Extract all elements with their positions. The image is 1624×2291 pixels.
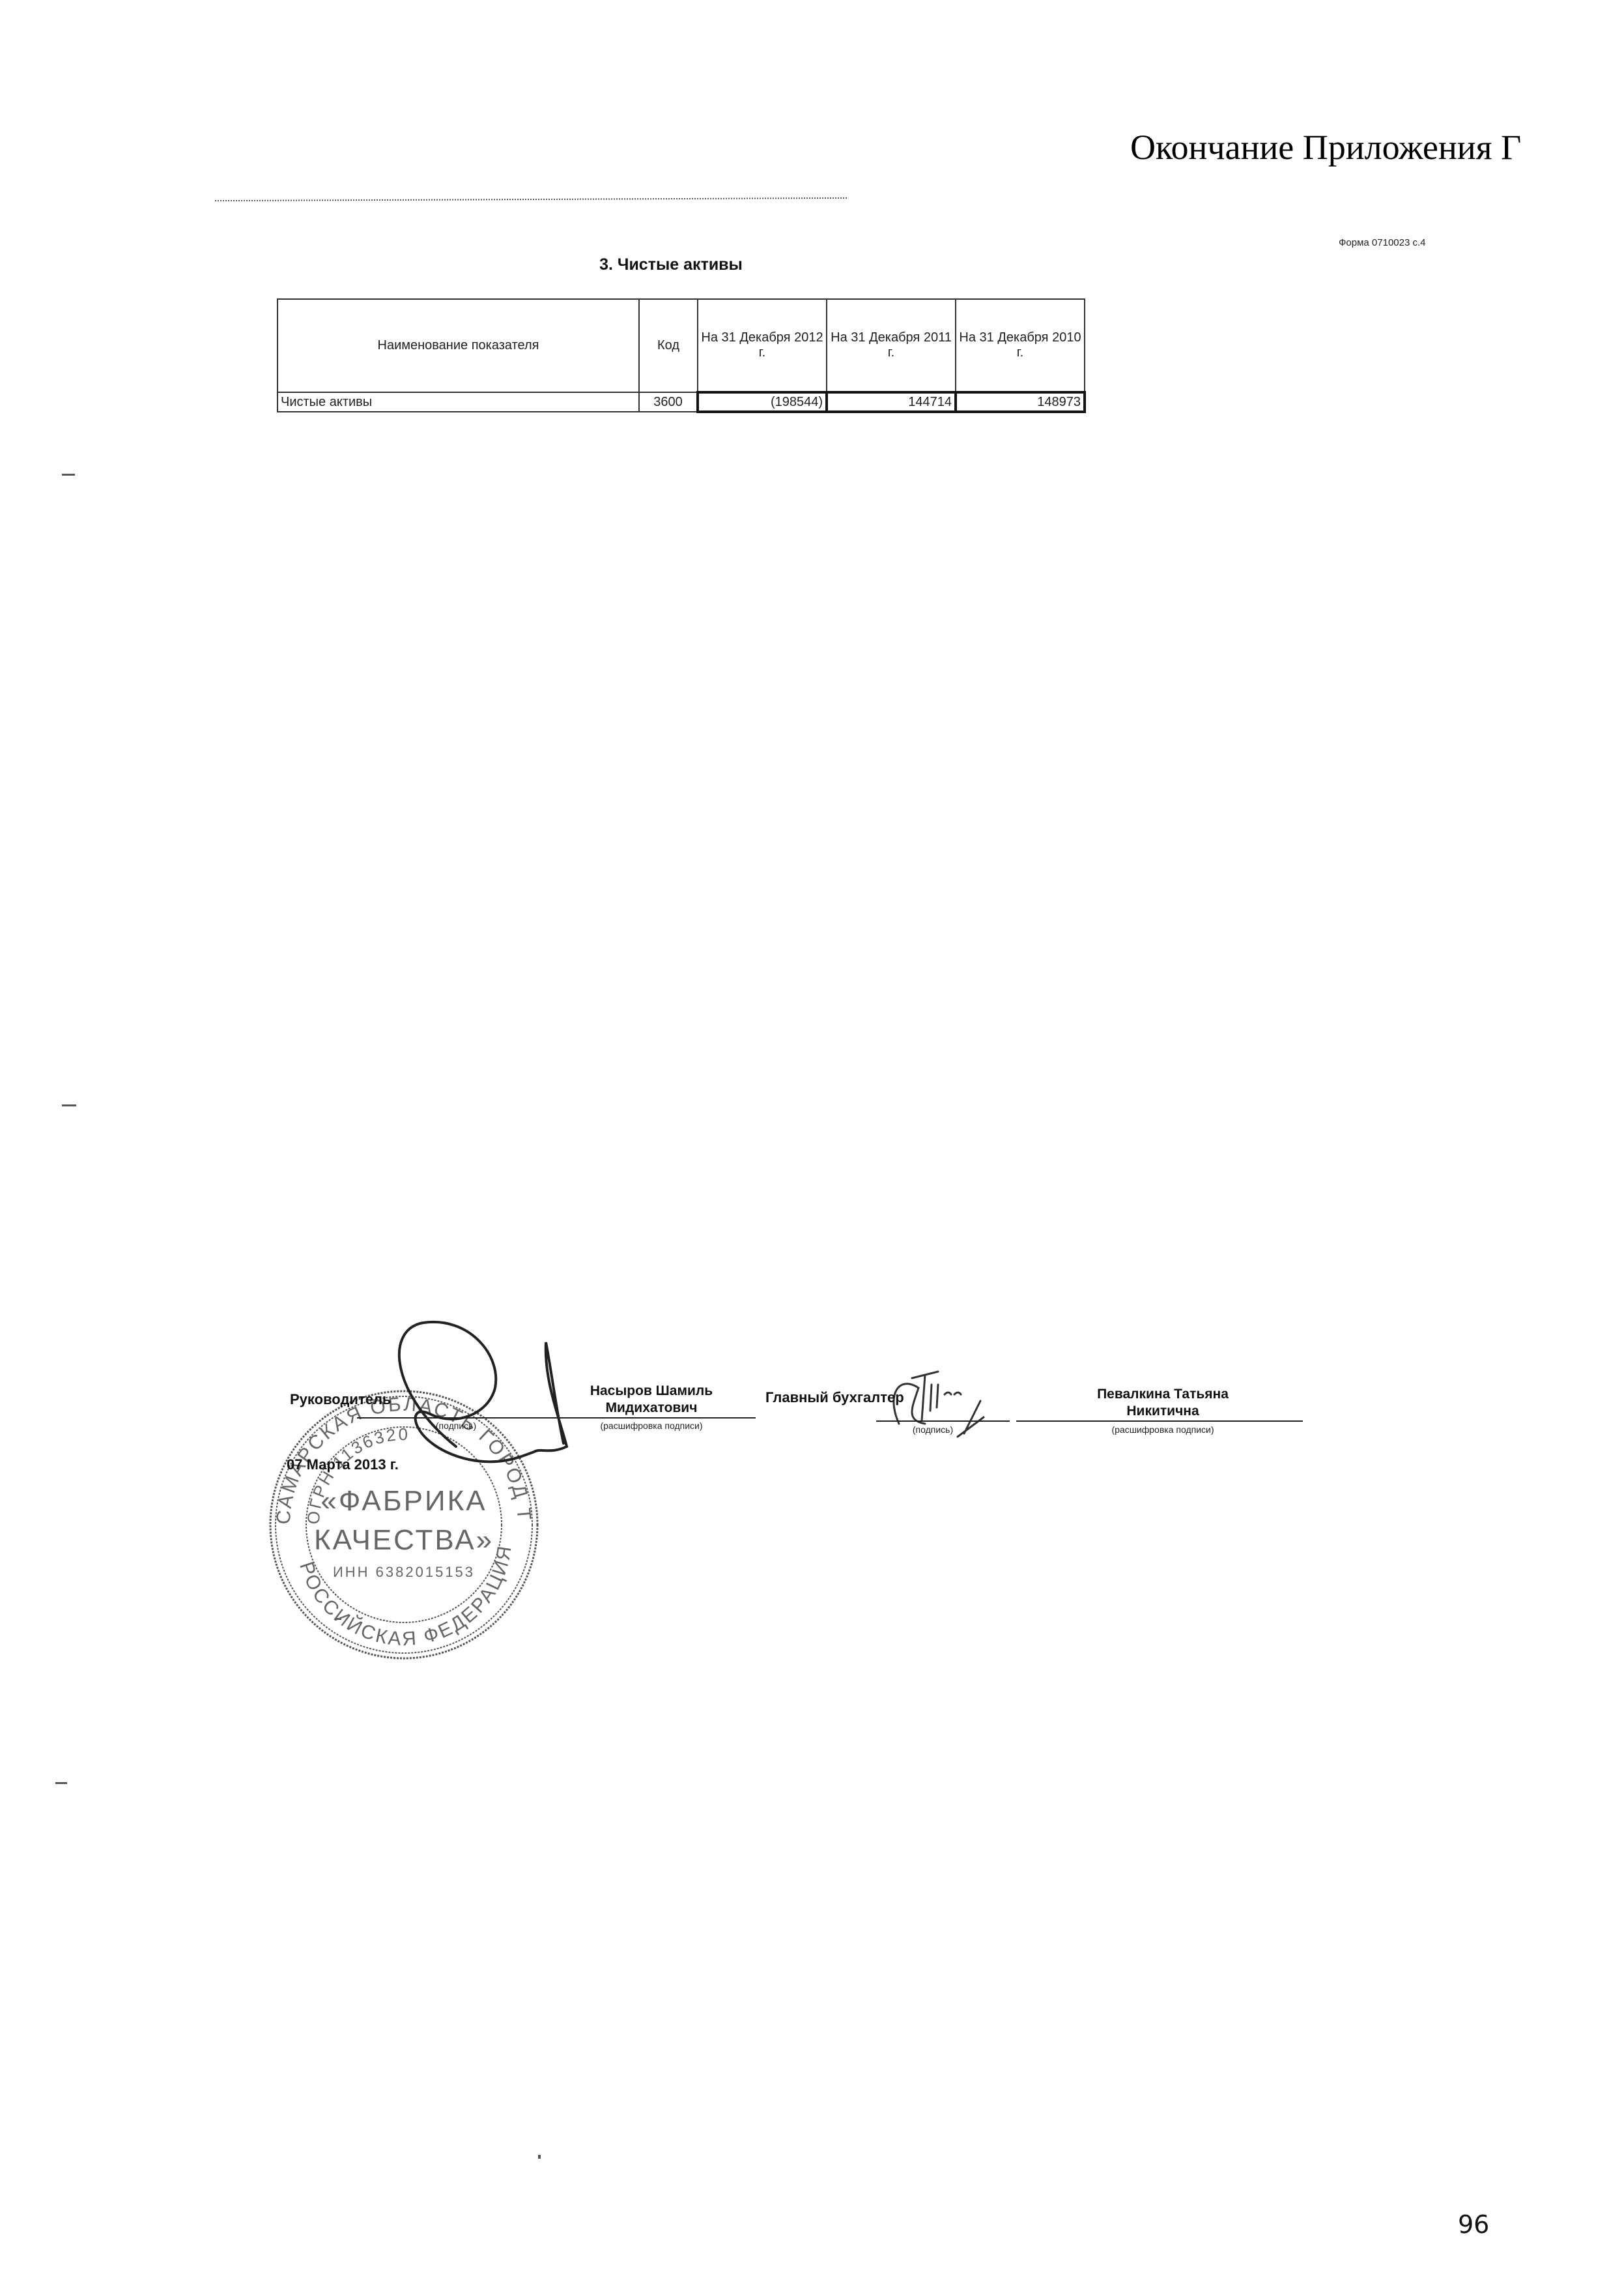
scan-speck (55, 1782, 67, 1784)
chief-accountant-signature-caption: (подпись) (894, 1424, 972, 1435)
scan-speck (335, 1618, 341, 1620)
scan-artifact-line (215, 197, 847, 201)
row-value-2012: (198544) (698, 392, 827, 412)
director-label: Руководитель (290, 1391, 391, 1408)
director-decoding-caption: (расшифровка подписи) (554, 1420, 749, 1431)
director-signature-line (357, 1417, 756, 1419)
director-name-line2: Мидихатович (554, 1400, 749, 1417)
chief-accountant-name-line1: Певалкина Татьяна (1036, 1386, 1290, 1403)
row-code: 3600 (639, 392, 698, 412)
row-name: Чистые активы (278, 392, 639, 412)
scan-speck (538, 2155, 541, 2159)
chief-accountant-label: Главный бухгалтер (765, 1389, 904, 1406)
director-signature-caption: (подпись) (417, 1420, 495, 1431)
stamp-center-line2: КАЧЕСТВА» (314, 1524, 494, 1556)
column-header-code: Код (639, 299, 698, 392)
stamp-bottom-text: РОССИЙСКАЯ ФЕДЕРАЦИЯ (295, 1543, 516, 1650)
table-row: Чистые активы 3600 (198544) 144714 14897… (278, 392, 1085, 412)
appendix-title: Окончание Приложения Г (1130, 127, 1534, 167)
director-name-line1: Насыров Шамиль (554, 1383, 749, 1400)
section-title: 3. Чистые активы (261, 255, 1081, 274)
director-name: Насыров Шамиль Мидихатович (554, 1383, 749, 1417)
chief-accountant-decoding-line (1016, 1420, 1303, 1422)
form-code: Форма 0710023 с.4 (1339, 237, 1425, 248)
stamp-inn: ИНН 6382015153 (333, 1564, 475, 1580)
stamp-center-line1: «ФАБРИКА (321, 1485, 487, 1517)
row-value-2010: 148973 (956, 392, 1085, 412)
chief-accountant-name: Певалкина Татьяна Никитична (1036, 1386, 1290, 1420)
chief-accountant-decoding-caption: (расшифровка подписи) (1036, 1424, 1290, 1435)
scan-speck (62, 1104, 76, 1106)
column-header-2010: На 31 Декабря 2010 г. (956, 299, 1085, 392)
director-signature-scribble (399, 1322, 567, 1462)
signing-date: 07 Марта 2013 г. (287, 1456, 399, 1473)
row-value-2011: 144714 (827, 392, 956, 412)
chief-accountant-name-line2: Никитична (1036, 1403, 1290, 1420)
page-number: 96 (1458, 2210, 1489, 2239)
net-assets-table: Наименование показателя Код На 31 Декабр… (277, 298, 1086, 413)
table-header-row: Наименование показателя Код На 31 Декабр… (278, 299, 1085, 392)
column-header-2011: На 31 Декабря 2011 г. (827, 299, 956, 392)
chief-accountant-signature-line (876, 1420, 1010, 1422)
stamp-inner-text: ОГРН 1136320 (304, 1424, 410, 1525)
column-header-indicator: Наименование показателя (278, 299, 639, 392)
column-header-2012: На 31 Декабря 2012 г. (698, 299, 827, 392)
scan-speck (62, 474, 75, 476)
stamp-outer-text: САМАРСКАЯ ОБЛАСТЬ ГОРОД ТОЛЬЯТТИ (0, 0, 535, 1525)
